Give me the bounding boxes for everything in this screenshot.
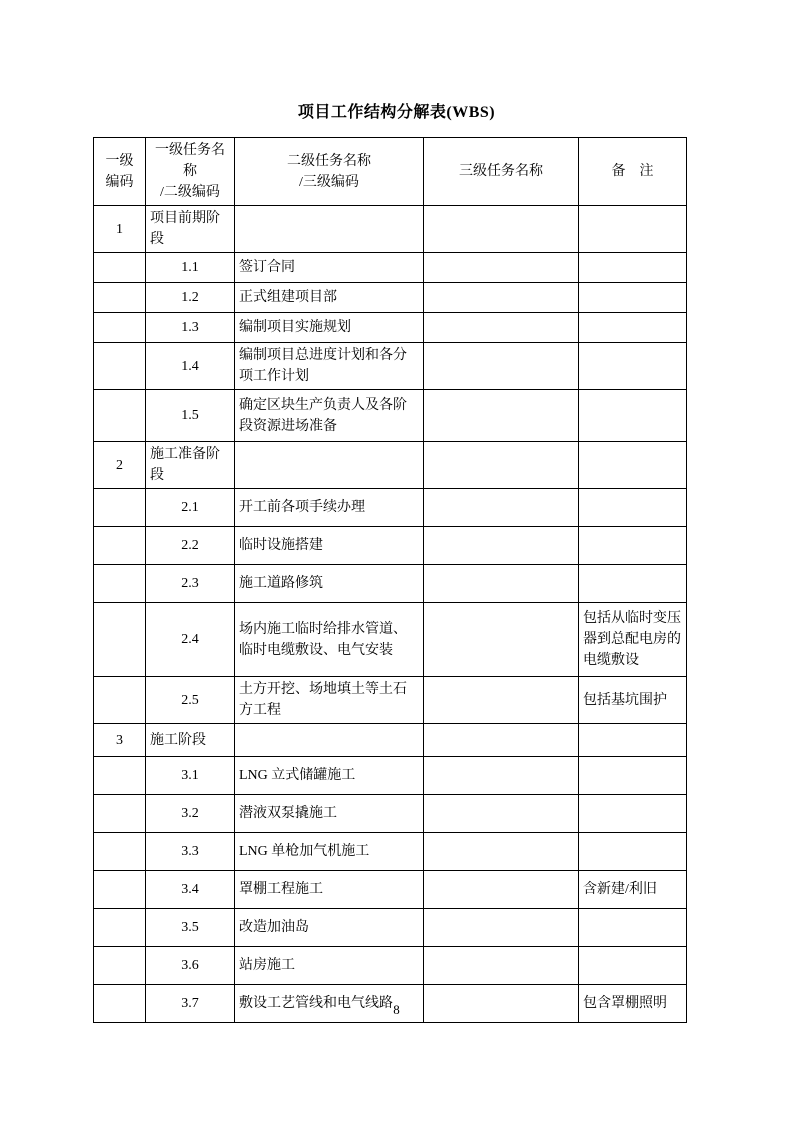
- cell-level3-name: [424, 603, 579, 677]
- cell-level2-code: 2.2: [146, 527, 235, 565]
- table-row: 1.4编制项目总进度计划和各分项工作计划: [94, 343, 687, 390]
- cell-level2-name: [235, 206, 424, 253]
- wbs-table-header: 一级 编码 一级任务名称 /二级编码 二级任务名称 /三级编码 三级任务名称 备…: [94, 138, 687, 206]
- cell-level2-code: 3.6: [146, 947, 235, 985]
- cell-level1-code: [94, 677, 146, 724]
- cell-level2-code: 2.1: [146, 489, 235, 527]
- cell-level2-code: 3.4: [146, 871, 235, 909]
- cell-remark: [579, 313, 687, 343]
- cell-level2-code: 3.2: [146, 795, 235, 833]
- cell-level1-code: [94, 909, 146, 947]
- wbs-table: 一级 编码 一级任务名称 /二级编码 二级任务名称 /三级编码 三级任务名称 备…: [93, 137, 687, 1023]
- table-row: 1项目前期阶段: [94, 206, 687, 253]
- cell-level2-name: 施工道路修筑: [235, 565, 424, 603]
- cell-level1-code: [94, 947, 146, 985]
- table-row: 1.1签订合同: [94, 253, 687, 283]
- cell-level2-name: 签订合同: [235, 253, 424, 283]
- cell-level2-code: 1.3: [146, 313, 235, 343]
- cell-level2-name: [235, 442, 424, 489]
- cell-level1-code: 1: [94, 206, 146, 253]
- cell-level2-code: 1.5: [146, 390, 235, 442]
- cell-level2-name: 正式组建项目部: [235, 283, 424, 313]
- cell-remark: [579, 527, 687, 565]
- cell-level3-name: [424, 527, 579, 565]
- cell-level1-code: [94, 795, 146, 833]
- cell-remark: [579, 253, 687, 283]
- cell-remark: [579, 442, 687, 489]
- cell-level2-code: 1.1: [146, 253, 235, 283]
- cell-level1-code: 2: [94, 442, 146, 489]
- cell-remark: [579, 909, 687, 947]
- cell-level3-name: [424, 390, 579, 442]
- cell-remark: [579, 390, 687, 442]
- cell-level2-code: 2.5: [146, 677, 235, 724]
- cell-level1-code: [94, 527, 146, 565]
- cell-level2-name: 罩棚工程施工: [235, 871, 424, 909]
- cell-remark: [579, 565, 687, 603]
- cell-level1-code: [94, 343, 146, 390]
- cell-level1-name: 施工阶段: [146, 724, 235, 757]
- table-row: 2.2临时设施搭建: [94, 527, 687, 565]
- table-row: 1.3编制项目实施规划: [94, 313, 687, 343]
- cell-level2-name: 站房施工: [235, 947, 424, 985]
- table-row: 3.5改造加油岛: [94, 909, 687, 947]
- table-row: 3施工阶段: [94, 724, 687, 757]
- cell-level1-code: [94, 313, 146, 343]
- table-row: 1.5确定区块生产负责人及各阶段资源进场准备: [94, 390, 687, 442]
- cell-level2-name: 场内施工临时给排水管道、临时电缆敷设、电气安装: [235, 603, 424, 677]
- cell-level2-name: 潜液双泵撬施工: [235, 795, 424, 833]
- cell-level3-name: [424, 565, 579, 603]
- header-level3-name: 三级任务名称: [424, 138, 579, 206]
- cell-remark: [579, 833, 687, 871]
- cell-level1-code: [94, 489, 146, 527]
- header-remark: 备 注: [579, 138, 687, 206]
- cell-level3-name: [424, 947, 579, 985]
- cell-remark: [579, 724, 687, 757]
- cell-remark: 含新建/利旧: [579, 871, 687, 909]
- cell-level3-name: [424, 724, 579, 757]
- table-row: 3.3LNG 单枪加气机施工: [94, 833, 687, 871]
- cell-level2-code: 3.1: [146, 757, 235, 795]
- cell-level2-name: 临时设施搭建: [235, 527, 424, 565]
- cell-level1-code: [94, 871, 146, 909]
- cell-level1-code: [94, 390, 146, 442]
- cell-level2-name: 编制项目总进度计划和各分项工作计划: [235, 343, 424, 390]
- cell-level1-code: [94, 603, 146, 677]
- header-row: 一级 编码 一级任务名称 /二级编码 二级任务名称 /三级编码 三级任务名称 备…: [94, 138, 687, 206]
- cell-level1-code: 3: [94, 724, 146, 757]
- table-row: 2施工准备阶段: [94, 442, 687, 489]
- wbs-table-body: 1项目前期阶段1.1签订合同1.2正式组建项目部1.3编制项目实施规划1.4编制…: [94, 206, 687, 1023]
- table-row: 2.1开工前各项手续办理: [94, 489, 687, 527]
- cell-level3-name: [424, 795, 579, 833]
- cell-level1-code: [94, 253, 146, 283]
- cell-level2-code: 2.4: [146, 603, 235, 677]
- cell-level2-name: 土方开挖、场地填土等土石方工程: [235, 677, 424, 724]
- header-level1-code: 一级 编码: [94, 138, 146, 206]
- header-level2-name-level3-code: 二级任务名称 /三级编码: [235, 138, 424, 206]
- table-row: 3.1LNG 立式储罐施工: [94, 757, 687, 795]
- cell-remark: [579, 795, 687, 833]
- cell-level1-code: [94, 565, 146, 603]
- cell-remark: 包括从临时变压器到总配电房的电缆敷设: [579, 603, 687, 677]
- cell-remark: [579, 343, 687, 390]
- cell-remark: [579, 757, 687, 795]
- cell-level3-name: [424, 206, 579, 253]
- cell-remark: 包括基坑围护: [579, 677, 687, 724]
- cell-level3-name: [424, 313, 579, 343]
- table-row: 3.4罩棚工程施工含新建/利旧: [94, 871, 687, 909]
- cell-level2-name: 改造加油岛: [235, 909, 424, 947]
- cell-level2-name: [235, 724, 424, 757]
- table-row: 2.3施工道路修筑: [94, 565, 687, 603]
- cell-level3-name: [424, 757, 579, 795]
- cell-level1-code: [94, 283, 146, 313]
- cell-level2-name: 确定区块生产负责人及各阶段资源进场准备: [235, 390, 424, 442]
- cell-level3-name: [424, 283, 579, 313]
- cell-level2-code: 3.3: [146, 833, 235, 871]
- cell-level2-name: LNG 单枪加气机施工: [235, 833, 424, 871]
- cell-level2-code: 3.5: [146, 909, 235, 947]
- page-title: 项目工作结构分解表(WBS): [0, 99, 793, 122]
- cell-level3-name: [424, 833, 579, 871]
- cell-level3-name: [424, 677, 579, 724]
- cell-level3-name: [424, 442, 579, 489]
- cell-level2-name: LNG 立式储罐施工: [235, 757, 424, 795]
- cell-level3-name: [424, 253, 579, 283]
- table-row: 1.2正式组建项目部: [94, 283, 687, 313]
- cell-level2-code: 1.4: [146, 343, 235, 390]
- cell-level2-code: 1.2: [146, 283, 235, 313]
- cell-level2-code: 2.3: [146, 565, 235, 603]
- cell-remark: [579, 489, 687, 527]
- cell-remark: [579, 206, 687, 253]
- cell-level1-name: 施工准备阶段: [146, 442, 235, 489]
- table-row: 2.4场内施工临时给排水管道、临时电缆敷设、电气安装包括从临时变压器到总配电房的…: [94, 603, 687, 677]
- header-level1-name-level2-code: 一级任务名称 /二级编码: [146, 138, 235, 206]
- cell-level2-name: 编制项目实施规划: [235, 313, 424, 343]
- cell-level2-name: 开工前各项手续办理: [235, 489, 424, 527]
- cell-level1-code: [94, 833, 146, 871]
- table-row: 3.6站房施工: [94, 947, 687, 985]
- table-row: 3.2潜液双泵撬施工: [94, 795, 687, 833]
- cell-level3-name: [424, 871, 579, 909]
- page-number: 8: [0, 1002, 793, 1018]
- cell-remark: [579, 947, 687, 985]
- cell-remark: [579, 283, 687, 313]
- cell-level3-name: [424, 909, 579, 947]
- cell-level3-name: [424, 489, 579, 527]
- table-row: 2.5土方开挖、场地填土等土石方工程包括基坑围护: [94, 677, 687, 724]
- cell-level3-name: [424, 343, 579, 390]
- cell-level1-name: 项目前期阶段: [146, 206, 235, 253]
- cell-level1-code: [94, 757, 146, 795]
